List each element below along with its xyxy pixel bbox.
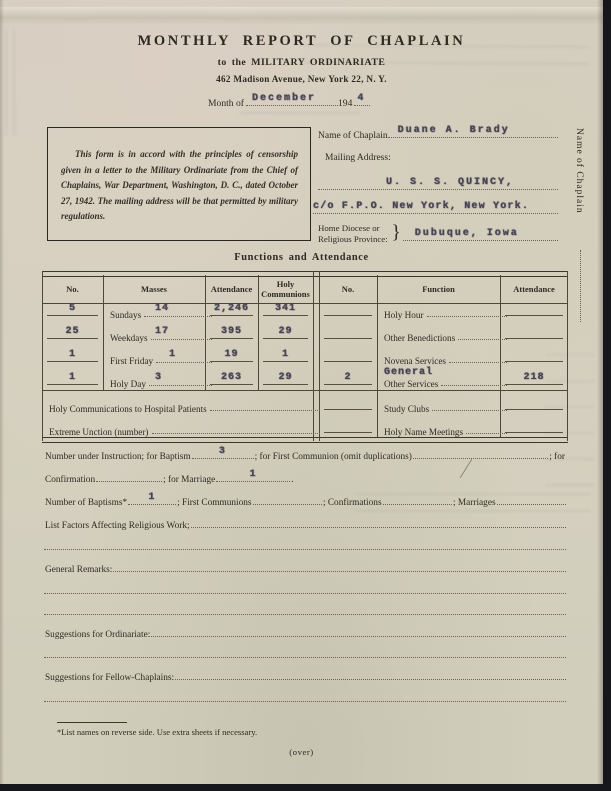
function-cell: Novena Services: [377, 343, 512, 367]
attendance-cell: 2,246: [205, 297, 258, 320]
instruction-line: Number under Instruction; for Baptism 3 …: [44, 446, 566, 462]
address-entry-line2: c/o F.P.O. New York, New York.: [313, 211, 558, 214]
no-cell: 5: [42, 297, 103, 320]
first-communions-entry: [253, 502, 322, 505]
table-span-row: Extreme Unction (number) Holy Name Meeti…: [42, 414, 568, 437]
diocese-value: Dubuque, Iowa: [415, 228, 519, 239]
function-no-cell: 2: [319, 366, 377, 389]
table-span-row: Holy Communications to Hospital Patients…: [42, 391, 568, 414]
scan-edge-bottom: [0, 784, 611, 791]
footnote-text: *List names on reverse side. Use extra s…: [57, 727, 257, 737]
attendance-cell: 395: [205, 320, 258, 343]
communions-cell: 1: [258, 343, 313, 366]
diocese-entry-line: Dubuque, Iowa: [403, 238, 558, 241]
list-factors-entry: [191, 525, 566, 528]
function-no-cell: [319, 343, 377, 366]
scanned-chaplain-report: MONTHLY REPORT OF CHAPLAIN to the MILITA…: [0, 0, 611, 791]
function-cell: Other ServicesGeneral: [377, 366, 512, 390]
month-field: Month of December 194 4: [208, 92, 408, 109]
mailing-address-label-row: Mailing Address:: [325, 146, 565, 163]
function-no-cell: [319, 391, 377, 414]
month-label: Month of: [208, 98, 244, 109]
month-entry-line: December: [246, 103, 338, 106]
communions-cell: 29: [258, 320, 313, 343]
suggestions-ordinariate-entry: [151, 634, 566, 637]
chaplain-name-line: Duane A. Brady: [388, 135, 558, 138]
page-title: MONTHLY REPORT OF CHAPLAIN: [0, 33, 603, 50]
function-no-cell: [319, 297, 377, 320]
chaplain-name-value: Duane A. Brady: [398, 125, 510, 136]
hospital-communions-cell: Holy Communications to Hospital Patients: [42, 391, 325, 415]
address-line1-value: U. S. S. QUINCY,: [386, 177, 514, 188]
no-cell: 25: [42, 320, 103, 343]
function-cell: Holy Name Meetings: [377, 414, 512, 438]
function-cell: Study Clubs: [377, 391, 512, 415]
side-vertical-label: Name of Chaplain: [574, 128, 584, 214]
communions-cell: 341: [258, 297, 313, 320]
general-remarks-entry: [113, 569, 566, 572]
function-attendance-cell: [500, 391, 568, 414]
list-factors-line: List Factors Affecting Religious Work;: [44, 515, 566, 531]
blank-line: [44, 602, 566, 618]
footnote-rule: [57, 722, 127, 723]
suggestions-fellow-line: Suggestions for Fellow-Chaplains:: [44, 667, 566, 683]
confirmation-line: Confirmation ; for Marriage 1 .: [44, 469, 566, 485]
function-no-cell: [319, 414, 377, 437]
scan-edge-left: [0, 0, 4, 791]
no-cell: 1: [42, 366, 103, 389]
address-line2-value: c/o F.P.O. New York, New York.: [313, 201, 529, 212]
mailing-address-line2: c/o F.P.O. New York, New York.: [313, 200, 558, 217]
first-communion-entry: [413, 456, 548, 459]
scan-edge-right: [603, 0, 611, 791]
function-cell: Other Benedictions: [377, 320, 512, 344]
mass-cell: Sundays14: [103, 297, 217, 321]
mass-cell: First Friday1: [103, 343, 217, 367]
diocese-label: Home Diocese or Religious Province:: [318, 223, 388, 244]
baptisms-line: Number of Baptisms* 1 ; First Communions…: [44, 492, 566, 508]
attendance-cell: 263: [205, 366, 258, 389]
table-row: 1 First Friday1 19 1 Novena Services: [42, 343, 568, 366]
suggestions-fellow-entry: [175, 677, 566, 680]
function-attendance-cell: 218: [500, 366, 568, 389]
function-attendance-cell: [500, 297, 568, 320]
function-attendance-cell: [500, 320, 568, 343]
baptisms-entry: 1: [128, 502, 176, 505]
table-row: 1 Holy Day3 263 29 2 Other ServicesGener…: [42, 366, 568, 389]
chaplain-name-field: Name of Chaplain Duane A. Brady: [318, 124, 558, 141]
blank-line: [44, 645, 566, 661]
baptism-instruction-entry: 3: [192, 456, 254, 459]
function-no-cell: [319, 320, 377, 343]
confirmation-entry: [96, 479, 162, 482]
confirmations-entry: [383, 502, 452, 505]
suggestions-ordinariate-line: Suggestions for Ordinariate:: [44, 624, 566, 640]
marriage-entry: 1: [216, 479, 290, 482]
mailing-address-label: Mailing Address:: [325, 153, 391, 163]
function-attendance-cell: [500, 414, 568, 437]
mass-cell: Holy Day3: [103, 366, 217, 390]
diocese-field: Home Diocese or Religious Province: } Du…: [318, 220, 558, 244]
chaplain-name-label: Name of Chaplain: [318, 131, 388, 141]
mailing-address-line1: U. S. S. QUINCY,: [318, 176, 558, 193]
brace-glyph: }: [392, 222, 401, 244]
blank-line: [44, 537, 566, 553]
year-prefix: 194: [338, 98, 352, 109]
blank-line: [44, 689, 566, 705]
censorship-notice-text: This form is in accord with the principl…: [61, 147, 298, 225]
marriages-entry: [497, 502, 566, 505]
function-attendance-cell: [500, 343, 568, 366]
month-typed-value: December: [252, 93, 316, 104]
attendance-cell: 19: [205, 343, 258, 366]
paper-fold-crease: [0, 7, 611, 25]
bleedthrough-smudge: [240, 108, 360, 122]
blank-line: [44, 581, 566, 597]
ordinariate-address: 462 Madison Avenue, New York 22, N. Y.: [0, 74, 603, 84]
function-cell: Holy Hour: [377, 297, 512, 321]
functions-attendance-table: No. Masses Attendance HolyCommunions No.…: [42, 271, 568, 441]
no-cell: 1: [42, 343, 103, 366]
over-label: (over): [0, 747, 603, 757]
page-subtitle: to the MILITARY ORDINARIATE: [0, 57, 603, 68]
extreme-unction-cell: Extreme Unction (number): [42, 414, 325, 438]
communions-cell: 29: [258, 366, 313, 389]
section-title: Functions and Attendance: [0, 252, 603, 263]
year-typed-digit: 4: [357, 93, 365, 104]
mass-cell: Weekdays17: [103, 320, 217, 344]
censorship-notice-box: This form is in accord with the principl…: [47, 127, 311, 241]
table-row: 25 Weekdays17 395 29 Other Benedictions: [42, 320, 568, 343]
year-entry-line: 4: [354, 103, 370, 106]
address-entry-line1: U. S. S. QUINCY,: [318, 187, 558, 190]
general-remarks-line: General Remarks:: [44, 559, 566, 575]
table-row: 5 Sundays14 2,246 341 Holy Hour: [42, 297, 568, 320]
